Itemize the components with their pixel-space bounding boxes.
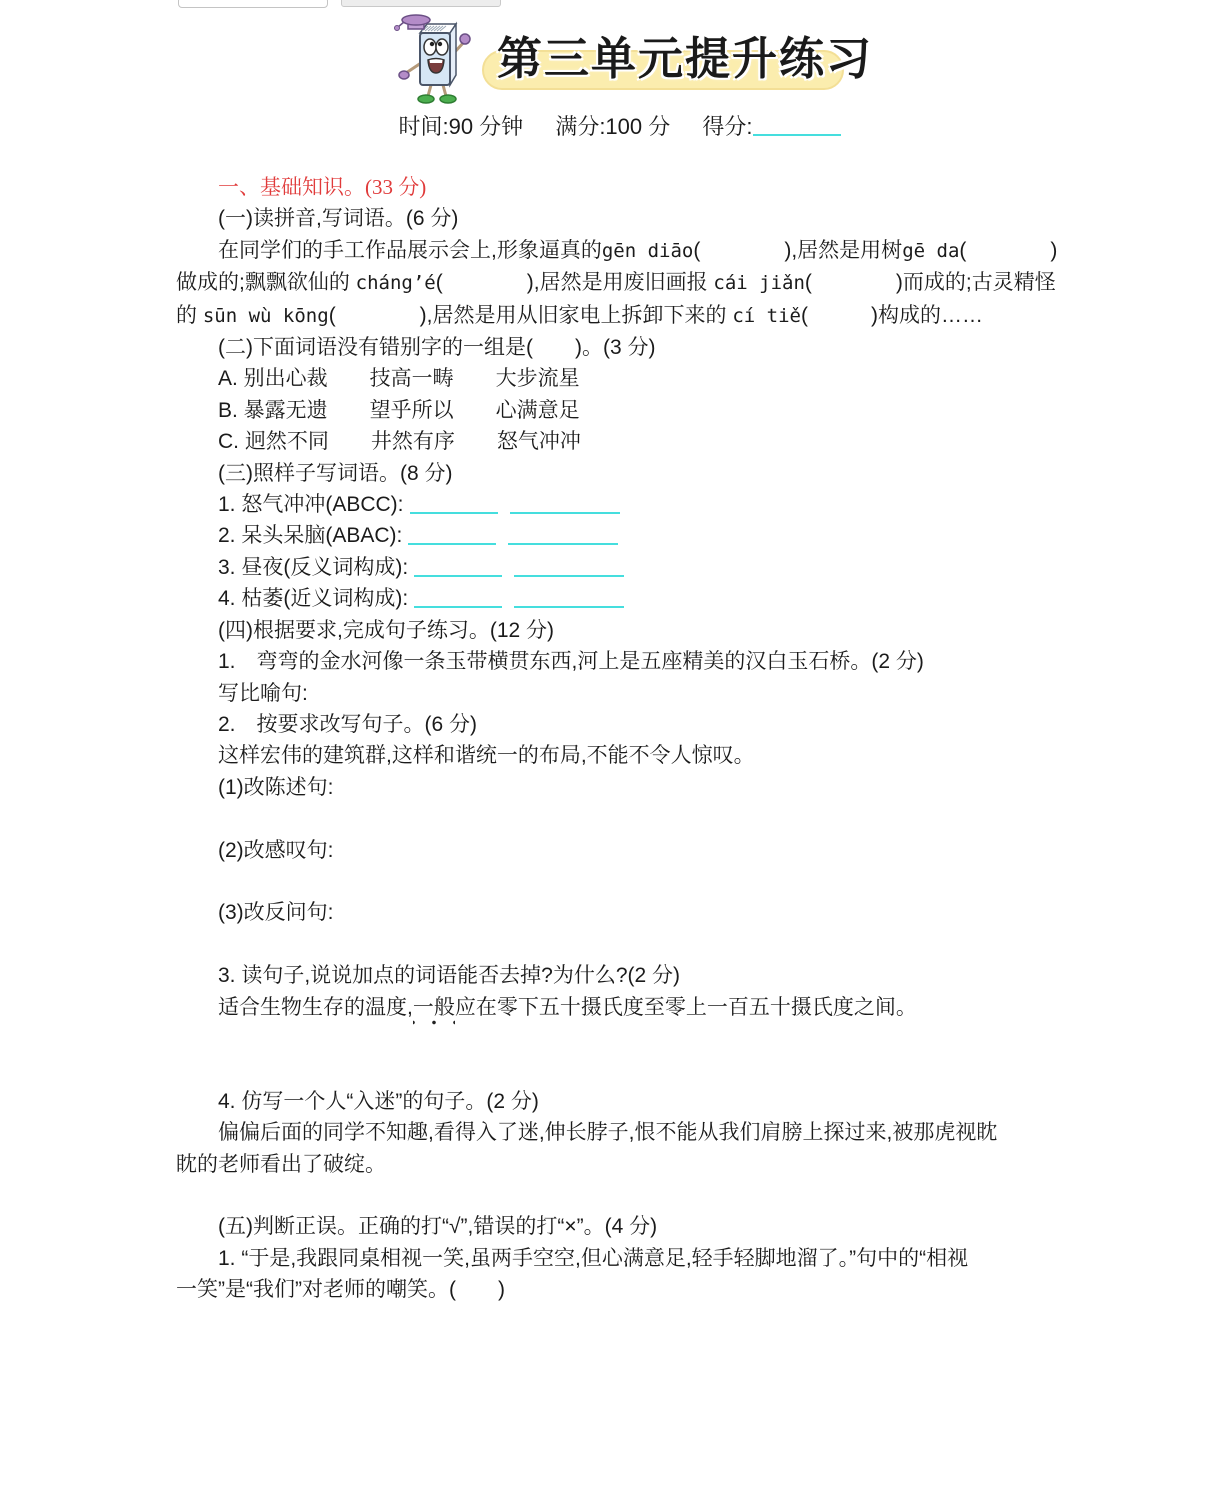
answer-blank	[514, 559, 624, 577]
part-4-item-2-sub-3: (3)改反问句:	[176, 897, 1076, 928]
clipped-field-fragment-left[interactable]	[178, 0, 328, 8]
text-run: (一)读拼音,写词语。(6 分)	[218, 207, 458, 230]
pinyin-run: gēn diāo	[602, 240, 694, 262]
text-run: B. 暴露无遗 望乎所以 心满意足	[218, 399, 580, 422]
text-run: (3)改反问句:	[218, 901, 334, 924]
part-2-option-b: B. 暴露无遗 望乎所以 心满意足	[176, 395, 1076, 426]
part-5-title: (五)判断正误。正确的打“√”,错误的打“×”。(4 分)	[176, 1211, 1076, 1242]
text-run: (2)改感叹句:	[218, 839, 334, 862]
text-run: 应在零下五十摄氏度至零上一百五十摄氏度之间。	[455, 996, 917, 1019]
text-run: 2. 按要求改写句子。(6 分)	[218, 713, 477, 736]
text-run: 在同学们的手工作品展示会上,形象逼真的	[218, 239, 602, 262]
pinyin-run: cháng’é	[356, 272, 436, 294]
part-2-option-a: A. 别出心裁 技高一畴 大步流星	[176, 363, 1076, 394]
text-run: 1. “于是,我跟同桌相视一笑,虽两手空空,但心满意足,轻手轻脚地溜了。”句中的…	[218, 1247, 968, 1270]
text-run: 写比喻句:	[218, 682, 308, 705]
part-3-item-3: 3. 昼夜(反义词构成):	[176, 552, 1076, 583]
answer-blank	[514, 590, 624, 608]
text-run: 1. 弯弯的金水河像一条玉带横贯东西,河上是五座精美的汉白玉石桥。(2 分)	[218, 650, 924, 673]
text-run: A. 别出心裁 技高一畴 大步流星	[218, 367, 580, 390]
part-3-title: (三)照样子写词语。(8 分)	[176, 458, 1076, 489]
text-run: (三)照样子写词语。(8 分)	[218, 462, 453, 485]
test-paper-page: { "header": { "title": "第三单元提升练习", "info…	[0, 0, 1226, 1504]
part-4-item-2: 2. 按要求改写句子。(6 分)	[176, 709, 1076, 740]
text-run: (二)下面词语没有错别字的一组是( )。(3 分)	[218, 336, 655, 359]
text-run: 适合生物生存的温度,	[218, 996, 413, 1019]
text-run: 2. 呆头呆脑(ABAC):	[218, 524, 402, 547]
text-run: 3. 读句子,说说加点的词语能否去掉?为什么?(2 分)	[218, 964, 680, 987]
answer-blank	[414, 559, 502, 577]
answer-blank	[410, 496, 498, 514]
section-1-heading: 一、基础知识。(33 分)	[176, 172, 1076, 203]
text-run: 一笑”是“我们”对老师的嘲笑。( )	[176, 1278, 505, 1301]
part-4-item-4-example-line-2: 眈的老师看出了破绽。	[176, 1149, 1076, 1180]
part-4-item-4-example-line-1: 偏偏后面的同学不知趣,看得入了迷,伸长脖子,恨不能从我们肩膀上探过来,被那虎视眈	[176, 1117, 1076, 1148]
part-1-text-line-1: 在同学们的手工作品展示会上,形象逼真的gēn diāo( ),居然是用树gē d…	[176, 235, 1076, 267]
part-1-text-line-3: 的 sūn wù kōng( ),居然是用从旧家电上拆卸下来的 cí tiě( …	[176, 300, 1076, 332]
pinyin-run: cái jiǎn	[713, 272, 805, 294]
part-4-item-2-sentence: 这样宏伟的建筑群,这样和谐统一的布局,不能不令人惊叹。	[176, 740, 1076, 771]
text-run: 偏偏后面的同学不知趣,看得入了迷,伸长脖子,恨不能从我们肩膀上探过来,被那虎视眈	[218, 1121, 997, 1144]
text-run: (1)改陈述句:	[218, 776, 334, 799]
text-run: (五)判断正误。正确的打“√”,错误的打“×”。(4 分)	[218, 1215, 657, 1238]
text-run: ( ),居然是用树	[693, 239, 902, 262]
part-3-item-2: 2. 呆头呆脑(ABAC):	[176, 520, 1076, 551]
book-student-mascot-icon	[394, 13, 472, 107]
clipped-field-fragment-right[interactable]	[341, 0, 501, 7]
part-1-text-line-2: 做成的;飘飘欲仙的 cháng’é( ),居然是用废旧画报 cái jiǎn( …	[176, 267, 1076, 299]
pinyin-run: sūn wù kōng	[203, 305, 329, 327]
part-2-option-c: C. 迥然不同 井然有序 怒气冲冲	[176, 426, 1076, 457]
time-limit-label: 时间:90 分钟	[398, 114, 523, 139]
text-run: 这样宏伟的建筑群,这样和谐统一的布局,不能不令人惊叹。	[218, 744, 755, 767]
part-4-item-2-sub-1: (1)改陈述句:	[176, 772, 1076, 803]
part-4-title: (四)根据要求,完成句子练习。(12 分)	[176, 615, 1076, 646]
page-title: 第三单元提升练习	[497, 22, 873, 87]
part-4-item-2-sub-2: (2)改感叹句:	[176, 835, 1076, 866]
text-run: 眈的老师看出了破绽。	[176, 1153, 386, 1176]
full-score-label: 满分:100 分	[555, 114, 670, 139]
text-run: 的	[176, 304, 203, 327]
part-4-item-3: 3. 读句子,说说加点的词语能否去掉?为什么?(2 分)	[176, 960, 1076, 991]
text-run: 一、基础知识。(33 分)	[218, 175, 426, 199]
answer-blank	[408, 527, 496, 545]
part-4-item-1-prompt: 写比喻句:	[176, 678, 1076, 709]
text-run: 1. 怒气冲冲(ABCC):	[218, 493, 404, 516]
part-2-title: (二)下面词语没有错别字的一组是( )。(3 分)	[176, 332, 1076, 363]
part-5-item-1-line-2: 一笑”是“我们”对老师的嘲笑。( )	[176, 1274, 1076, 1305]
part-4-item-1: 1. 弯弯的金水河像一条玉带横贯东西,河上是五座精美的汉白玉石桥。(2 分)	[176, 646, 1076, 677]
emphasis-dotted-word: 一般	[413, 996, 455, 1026]
text-run: ( ),居然是用从旧家电上拆卸下来的	[329, 304, 733, 327]
text-run: ( )而成的;古灵精怪	[805, 271, 1056, 294]
part-4-item-4: 4. 仿写一个人“入迷”的句子。(2 分)	[176, 1086, 1076, 1117]
text-run: 4. 仿写一个人“入迷”的句子。(2 分)	[218, 1090, 539, 1113]
text-run: 做成的;飘飘欲仙的	[176, 271, 356, 294]
answer-blank	[508, 527, 618, 545]
text-run: 3. 昼夜(反义词构成):	[218, 556, 408, 579]
score-answer-blank	[753, 116, 841, 136]
part-5-item-1-line-1: 1. “于是,我跟同桌相视一笑,虽两手空空,但心满意足,轻手轻脚地溜了。”句中的…	[176, 1243, 1076, 1274]
pinyin-run: gē da	[902, 240, 959, 262]
text-run: C. 迥然不同 井然有序 怒气冲冲	[218, 430, 581, 453]
exam-info-line: 时间:90 分钟 满分:100 分 得分:	[0, 110, 1226, 141]
part-1-title: (一)读拼音,写词语。(6 分)	[176, 203, 1076, 234]
part-3-item-1: 1. 怒气冲冲(ABCC):	[176, 489, 1076, 520]
text-run: ( )构成的……	[801, 304, 983, 327]
text-run: (四)根据要求,完成句子练习。(12 分)	[218, 619, 554, 642]
score-label: 得分:	[702, 114, 752, 139]
text-run: 4. 枯萎(近义词构成):	[218, 587, 408, 610]
answer-blank	[510, 496, 620, 514]
text-run: ( )	[959, 239, 1057, 262]
answer-blank	[414, 590, 502, 608]
part-3-item-4: 4. 枯萎(近义词构成):	[176, 583, 1076, 614]
text-run: ( ),居然是用废旧画报	[436, 271, 714, 294]
pinyin-run: cí tiě	[732, 305, 801, 327]
part-4-item-3-sentence: 适合生物生存的温度,一般应在零下五十摄氏度至零上一百五十摄氏度之间。	[176, 992, 1076, 1023]
test-paper-body: 一、基础知识。(33 分)(一)读拼音,写词语。(6 分)在同学们的手工作品展示…	[176, 172, 1076, 1306]
